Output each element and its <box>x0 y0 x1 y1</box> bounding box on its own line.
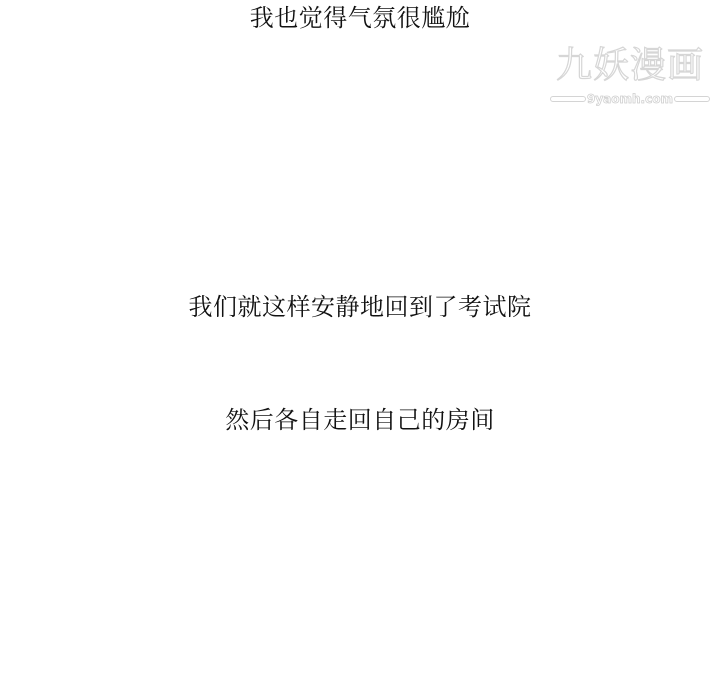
watermark: 九妖漫画 9yaomh.com <box>550 44 710 110</box>
watermark-url-row: 9yaomh.com <box>550 92 710 106</box>
caption-text: 我们就这样安静地回到了考试院 <box>0 292 720 322</box>
watermark-dash-right <box>674 96 710 102</box>
caption-text: 我也觉得气氛很尴尬 <box>0 3 720 33</box>
watermark-dash-left <box>550 96 586 102</box>
caption-text: 然后各自走回自己的房间 <box>0 405 720 435</box>
watermark-title: 九妖漫画 <box>550 44 710 88</box>
watermark-url: 9yaomh.com <box>587 92 673 106</box>
